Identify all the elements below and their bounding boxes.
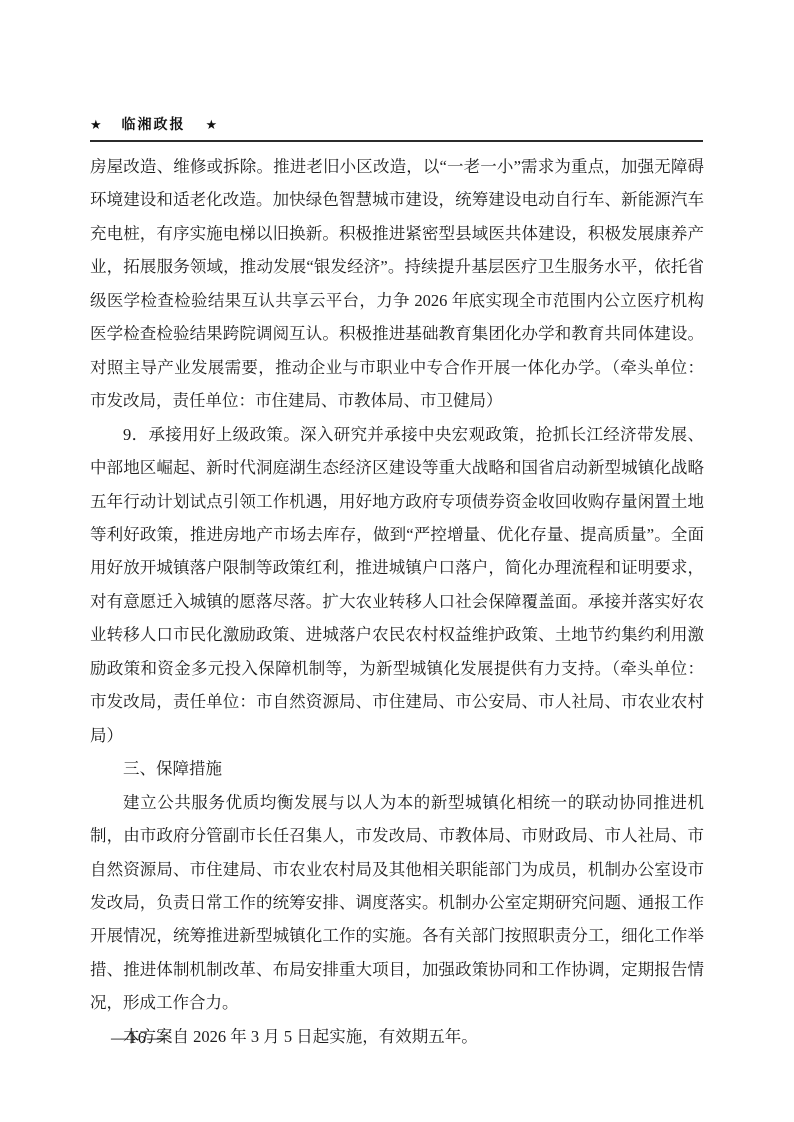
document-page: ★ 临湘政报 ★ 房屋改造、维修或拆除。推进老旧小区改造，以“一老一小”需求为重…: [0, 0, 794, 1122]
document-body: 房屋改造、维修或拆除。推进老旧小区改造，以“一老一小”需求为重点，加强无障碍环境…: [90, 150, 704, 1053]
paragraph-continuation: 房屋改造、维修或拆除。推进老旧小区改造，以“一老一小”需求为重点，加强无障碍环境…: [90, 150, 704, 418]
section-heading: 三、保障措施: [90, 752, 704, 785]
page-number: —16—: [111, 1025, 165, 1051]
paragraph-safeguards: 建立公共服务优质均衡发展与以人为本的新型城镇化相统一的联动协同推进机制，由市政府…: [90, 786, 704, 1020]
star-icon: ★: [205, 117, 217, 132]
masthead-title: 临湘政报: [122, 116, 186, 132]
page-header: ★ 临湘政报 ★: [90, 114, 703, 142]
paragraph-item-9: 9．承接用好上级政策。深入研究并承接中央宏观政策，抢抓长江经济带发展、中部地区崛…: [90, 418, 704, 753]
star-icon: ★: [90, 117, 102, 132]
paragraph-effective-date: 本方案自 2026 年 3 月 5 日起实施，有效期五年。: [90, 1020, 704, 1053]
